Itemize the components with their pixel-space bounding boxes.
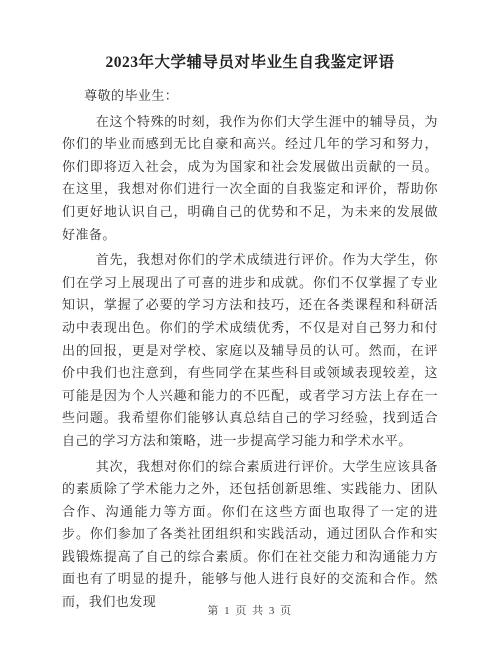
page-title: 2023年大学辅导员对毕业生自我鉴定评语 [0, 0, 500, 73]
page-number: 第 1 页 共 3 页 [0, 602, 500, 618]
paragraph-intro: 在这个特殊的时刻，我作为你们大学生涯中的辅导员，为你们的毕业而感到无比自豪和高兴… [62, 111, 438, 247]
document-page: 2023年大学辅导员对毕业生自我鉴定评语 尊敬的毕业生： 在这个特殊的时刻，我作… [0, 0, 500, 647]
document-body: 尊敬的毕业生： 在这个特殊的时刻，我作为你们大学生涯中的辅导员，为你们的毕业而感… [62, 85, 438, 614]
greeting-line: 尊敬的毕业生： [62, 85, 438, 108]
paragraph-comprehensive-quality: 其次，我想对你们的综合素质进行评价。大学生应该具备的素质除了学术能力之外，还包括… [62, 456, 438, 614]
paragraph-academic-evaluation: 首先，我想对你们的学术成绩进行评价。作为大学生，你们在学习上展现出了可喜的进步和… [62, 249, 438, 452]
